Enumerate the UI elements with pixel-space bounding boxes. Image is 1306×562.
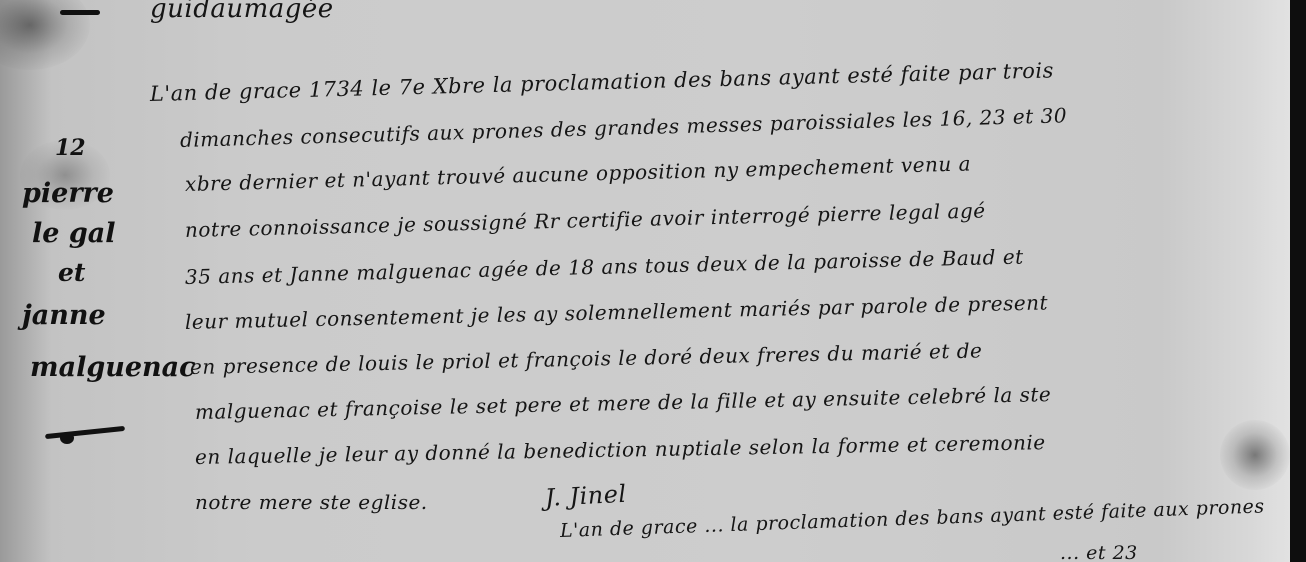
scan-border [1290,0,1306,562]
record-line-10: notre mere ste eglise. [195,490,428,514]
bride-first-name: janne [22,300,106,331]
register-page: guidaumagée 12 pierre le gal et janne ma… [0,0,1290,562]
record-line-1: L'an de grace 1734 le 7e Xbre la proclam… [150,58,1054,106]
record-line-3: xbre dernier et n'ayant trouvé aucune op… [185,151,972,196]
groom-last-name: le gal [32,218,115,249]
record-line-2: dimanches consecutifs aux prones des gra… [180,103,1068,152]
margin-conjunction: et [58,258,85,287]
groom-first-name: pierre [22,178,114,209]
priest-signature: J. Jinel [544,480,627,512]
next-entry-line-2: ... et 23 [1060,542,1138,562]
bride-last-name: malguenac [30,352,196,383]
record-line-4: notre connoissance je soussigné Rr certi… [185,198,986,242]
next-entry-line-1: L'an de grace ... la proclamation des ba… [560,495,1265,542]
record-line-9: en laquelle je leur ay donné la benedict… [195,430,1046,469]
previous-entry-fragment: guidaumagée [150,0,334,24]
ink-blot [60,432,74,444]
record-line-8: malguenac et françoise le set pere et me… [195,382,1052,424]
record-line-7: en presence de louis le priol et françoi… [190,338,983,379]
ink-stain [1220,420,1290,490]
record-line-5: 35 ans et Janne malguenac agée de 18 ans… [185,245,1024,289]
separator-dash [45,426,125,439]
entry-number: 12 [55,135,86,161]
separator-dash [60,10,100,15]
record-line-6: leur mutuel consentement je les ay solem… [185,290,1049,334]
